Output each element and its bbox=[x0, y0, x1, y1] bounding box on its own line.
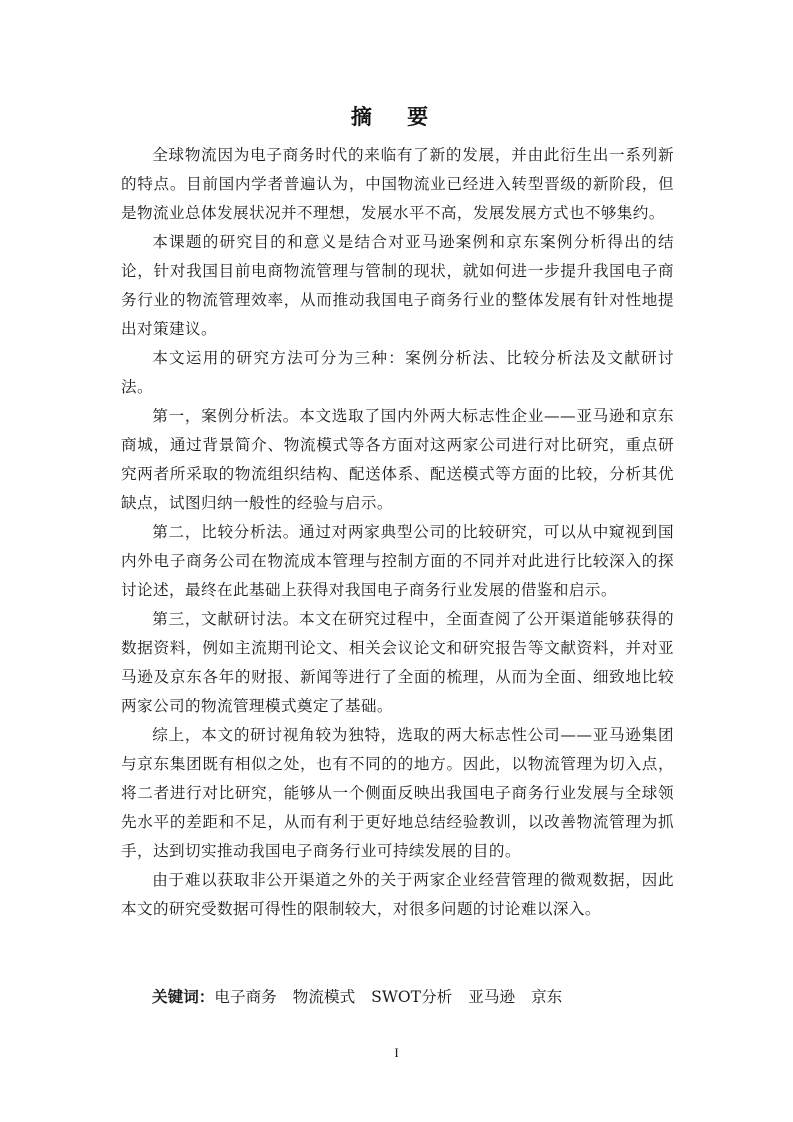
paragraph: 由于难以获取非公开渠道之外的关于两家企业经营管理的微观数据，因此本文的研究受数据… bbox=[121, 866, 674, 924]
paragraph: 综上，本文的研讨视角较为独特，选取的两大标志性公司——亚马逊集团与京东集团既有相… bbox=[121, 721, 674, 866]
paragraph: 第一，案例分析法。本文选取了国内外两大标志性企业——亚马逊和京东商城，通过背景简… bbox=[121, 402, 674, 518]
keyword: 京东 bbox=[531, 988, 562, 1006]
keywords-line: 关键词：电子商务物流模式SWOT分析亚马逊京东 bbox=[152, 983, 578, 1012]
keyword: 电子商务 bbox=[214, 988, 276, 1006]
paragraph: 第二，比较分析法。通过对两家典型公司的比较研究，可以从中窥视到国内外电子商务公司… bbox=[121, 518, 674, 605]
paragraph: 全球物流因为电子商务时代的来临有了新的发展，并由此衍生出一系列新的特点。目前国内… bbox=[121, 141, 674, 228]
paragraph: 本文运用的研究方法可分为三种：案例分析法、比较分析法及文献研讨法。 bbox=[121, 344, 674, 402]
keyword: 物流模式 bbox=[293, 988, 355, 1006]
document-page: 摘 要 全球物流因为电子商务时代的来临有了新的发展，并由此衍生出一系列新的特点。… bbox=[0, 0, 793, 1122]
paragraph: 本课题的研究目的和意义是结合对亚马逊案例和京东案例分析得出的结论，针对我国目前电… bbox=[121, 228, 674, 344]
abstract-body: 全球物流因为电子商务时代的来临有了新的发展，并由此衍生出一系列新的特点。目前国内… bbox=[121, 141, 674, 924]
paragraph: 第三，文献研讨法。本文在研究过程中，全面查阅了公开渠道能够获得的数据资料，例如主… bbox=[121, 605, 674, 721]
keywords-label: 关键词： bbox=[152, 988, 214, 1006]
keyword: SWOT分析 bbox=[371, 988, 452, 1006]
page-number: I bbox=[0, 1043, 793, 1063]
abstract-title: 摘 要 bbox=[0, 102, 793, 132]
keyword: 亚马逊 bbox=[468, 988, 515, 1006]
